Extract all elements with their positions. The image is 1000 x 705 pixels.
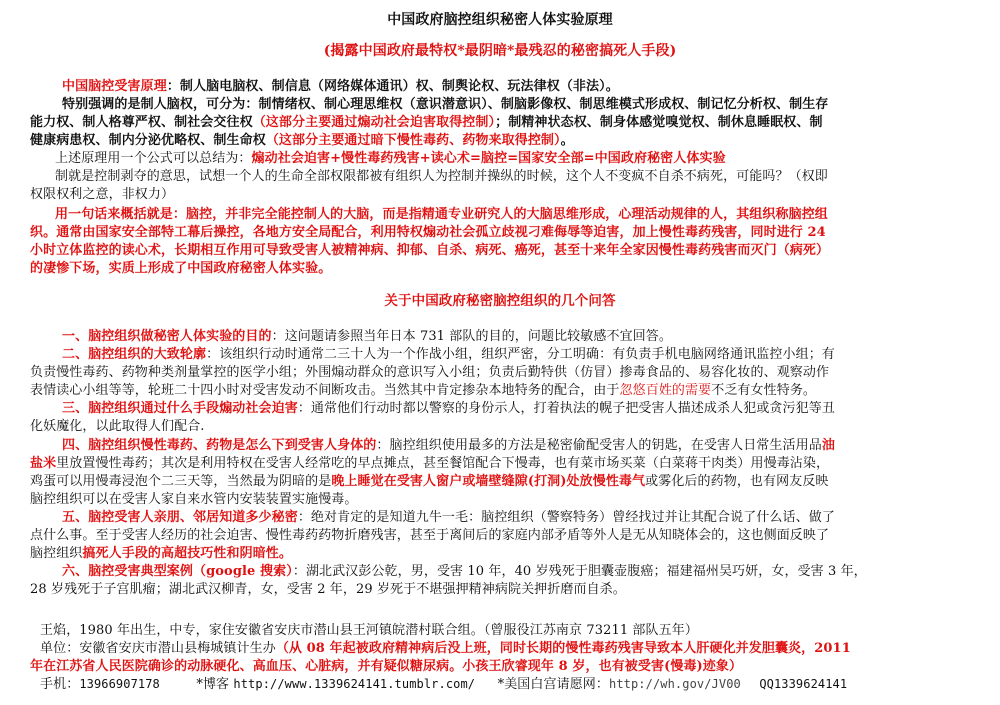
qa-red-highlight: 晚上睡觉在受害人窗户或墙壁缝隙(打洞)处放慢性毒气 [331,474,645,489]
document-subtitle: (揭露中国政府最特权*最阴暗*最残忍的秘密搞死人手段) [0,43,1000,60]
qa-red-highlight: 油 [822,438,835,453]
summary-line-4: 的凄惨下场，实质上形成了中国政府秘密人体实验。 [30,260,970,277]
control-line-1: 制就是控制剥夺的意思，试想一个人的生命全部权限都被有组织人为控制并操纵的时候，这… [55,168,995,185]
qa-question: 四、脑控组织慢性毒药、药物是怎么下到受害人身体的 [62,438,376,453]
qa-red-highlight: 盐米 [30,456,56,471]
blog-link[interactable]: http://www.1339624141.tumblr.com/ [233,677,475,691]
qa-answer: ：通常他们行动时都以警察的身份示人，打着执法的幌子把受害人描述成杀人犯或贪污犯等… [298,401,835,416]
qa-item-6: 六、脑控受害典型案例（google 搜索）：湖北武汉彭公乾，男，受害 10 年，… [62,563,1000,580]
contact-line: 手机：13966907178 *博客 http://www.1339624141… [40,676,980,693]
qa-item-2-line-3: 表情读心小组等等，轮班二十四小时对受害发动不间断攻击。当然其中肯定掺杂本地特务的… [30,382,970,399]
qa-item-3: 三、脑控组织通过什么手段煽动社会迫害：通常他们行动时都以警察的身份示人，打着执法… [62,400,1000,417]
emphasis-text: 健康病患权、制内分泌优略权、制生命权 [30,133,266,148]
qa-answer: ：湖北武汉彭公乾，男，受害 10 年，40 岁残死于胆囊壶腹癌；福建福州吴巧妍，… [293,564,867,579]
qa-item-6-line-2: 28 岁残死于子宫肌瘤；湖北武汉柳青，女，受害 2 年，29 岁死于不堪强押精神… [30,581,970,598]
author-line-3: 年在江苏省人民医院确诊的动脉硬化、高血压、心脏病，并有疑似糖尿病。小孩王欣睿现年… [30,658,970,675]
emphasis-text: 能力权、制人格尊严权、制社会交往权 [30,115,253,130]
emphasis-text: 。 [561,133,574,148]
qa-item-4-line-2: 盐米里放置慢性毒药；其次是利用特权在受害人经常吃的早点摊点，甚至餐馆配合下慢毒，… [30,455,970,472]
qa-item-5-line-2: 点什么事。至于受害人经历的社会迫害、慢性毒药药物折磨残害，甚至于离间后的家庭内部… [30,527,970,544]
qa-item-4-line-4: 脑控组织可以在受害人家自来水管内安装装置实施慢毒。 [30,491,970,508]
emphasis-red-note: （这部分主要通过暗下慢性毒药、药物来取得控制） [266,133,561,148]
qa-question: 二、脑控组织的大致轮廓 [62,347,206,362]
qa-heading: 关于中国政府秘密脑控组织的几个问答 [0,293,1000,310]
control-line-2: 权限权利之意，非权力） [30,186,970,203]
qa-answer: 表情读心小组等等，轮班二十四小时对受害发动不间断攻击。当然其中肯定掺杂本地特务的… [30,383,620,398]
emphasis-red-note: （这部分主要通过煽动社会迫害取得控制） [253,115,495,130]
formula-text: 煽动社会迫害+慢性毒药残害+读心术=脑控=国家安全部=中国政府秘密人体实验 [252,151,726,166]
petition-label: *美国白宫请愿网： [498,677,609,692]
emphasis-line-3: 健康病患权、制内分泌优略权、制生命权（这部分主要通过暗下慢性毒药、药物来取得控制… [30,132,970,149]
qa-red-highlight: 搞死人手段的高超技巧性和阴暗性。 [82,546,292,561]
phone-label: 手机： [40,677,79,692]
qq-number: QQ1339624141 [759,677,847,691]
qa-item-1: 一、脑控组织做秘密人体实验的目的：这问题请参照当年日本 731 部队的目的，问题… [62,328,1000,345]
emphasis-text: ；制精神状态权、制身体感觉嗅觉权、制休息睡眠权、制 [495,115,823,130]
qa-item-3-line-2: 化妖魔化，以此取得人们配合. [30,418,970,435]
principle-label: 中国脑控受害原理 [62,79,167,94]
qa-item-2-line-2: 负责慢性毒药、药物种类剂量掌控的医学小组；外围煽动群众的意识写入小组；负责后勤特… [30,364,970,381]
emphasis-line-1: 特别强调的是制人脑权，可分为：制情绪权、制心理思维权（意识潜意识）、制脑影像权、… [62,96,1000,113]
qa-question: 五、脑控受害人亲朋、邻居知道多少秘密 [62,510,298,525]
qa-question: 三、脑控组织通过什么手段煽动社会迫害 [62,401,298,416]
petition-link[interactable]: http://wh.gov/JV00 [609,677,741,691]
qa-item-2: 二、脑控组织的大致轮廓：该组织行动时通常二三十人为一个作战小组，组织严密，分工明… [62,346,1000,363]
principle-text: ：制人脑电脑权、制信息（网络媒体通讯）权、制舆论权、玩法律权（非法）。 [167,79,619,94]
qa-answer: 鸡蛋可以用慢毒浸泡个二三天等，当然最为阴暗的是 [30,474,331,489]
qa-question: 六、脑控受害典型案例（google 搜索） [62,564,293,579]
summary-line-1: 用一句话来概括就是：脑控，并非完全能控制人的大脑，而是指精通专业研究人的大脑思维… [55,206,995,223]
qa-item-5: 五、脑控受害人亲朋、邻居知道多少秘密：绝对肯定的是知道九牛一毛：脑控组织（警察特… [62,509,1000,526]
qa-red-highlight: 忽悠百姓的需要 [620,383,712,398]
qa-answer: ：脑控组织使用最多的方法是秘密偷配受害人的钥匙，在受害人日常生活用品 [376,438,821,453]
qa-answer: 不乏有女性特务。 [711,383,816,398]
qa-answer: ：这问题请参照当年日本 731 部队的目的，问题比较敏感不宜回答。 [272,329,672,344]
formula-line: 上述原理用一个公式可以总结为：煽动社会迫害+慢性毒药残害+读心术=脑控=国家安全… [55,150,995,167]
qa-item-4-line-3: 鸡蛋可以用慢毒浸泡个二三天等，当然最为阴暗的是晚上睡觉在受害人窗户或墙壁缝隙(打… [30,473,970,490]
summary-line-3: 小时立体监控的读心术，长期相互作用可导致受害人被精神病、抑郁、自杀、病死、癌死，… [30,242,970,259]
document-title: 中国政府脑控组织秘密人体实验原理 [0,12,1000,29]
emphasis-line-2: 能力权、制人格尊严权、制社会交往权（这部分主要通过煽动社会迫害取得控制）；制精神… [30,114,970,131]
qa-question: 一、脑控组织做秘密人体实验的目的 [62,329,272,344]
qa-answer: ：该组织行动时通常二三十人为一个作战小组，组织严密，分工明确：有负责手机电脑网络… [206,347,835,362]
qa-answer: 脑控组织 [30,546,82,561]
phone-number: 13966907178 [79,677,160,691]
document-page: 中国政府脑控组织秘密人体实验原理 (揭露中国政府最特权*最阴暗*最残忍的秘密搞死… [0,0,1000,705]
author-line-1: 王焰，1980 年出生，中专，家住安徽省安庆市潜山县王河镇皖潜村联合组。（曾服役… [40,622,980,639]
qa-answer: 里放置慢性毒药；其次是利用特权在受害人经常吃的早点摊点，甚至餐馆配合下慢毒，也有… [56,456,829,471]
author-unit: 单位：安徽省安庆市潜山县梅城镇计生办 [40,641,276,656]
formula-prefix: 上述原理用一个公式可以总结为： [55,151,252,166]
author-unit-line: 单位：安徽省安庆市潜山县梅城镇计生办（从 08 年起被政府精神病后没上班，同时长… [40,640,980,657]
qa-item-5-line-3: 脑控组织搞死人手段的高超技巧性和阴暗性。 [30,545,970,562]
author-unit-note: （从 08 年起被政府精神病后没上班，同时长期的慢性毒药残害导致本人肝硬化并发胆… [276,641,851,656]
blog-label: *博客 [196,677,229,692]
qa-item-4: 四、脑控组织慢性毒药、药物是怎么下到受害人身体的：脑控组织使用最多的方法是秘密偷… [62,437,1000,454]
summary-line-2: 织。通常由国家安全部特工幕后操控，各地方安全局配合，利用特权煽动社会孤立歧视刁难… [30,224,970,241]
qa-answer: 或雾化后的药物，也有网友反映 [645,474,828,489]
qa-answer: ：绝对肯定的是知道九牛一毛：脑控组织（警察特务）曾经找过并让其配合说了什么话、做… [298,510,835,525]
principle-paragraph: 中国脑控受害原理：制人脑电脑权、制信息（网络媒体通讯）权、制舆论权、玩法律权（非… [62,78,1000,95]
